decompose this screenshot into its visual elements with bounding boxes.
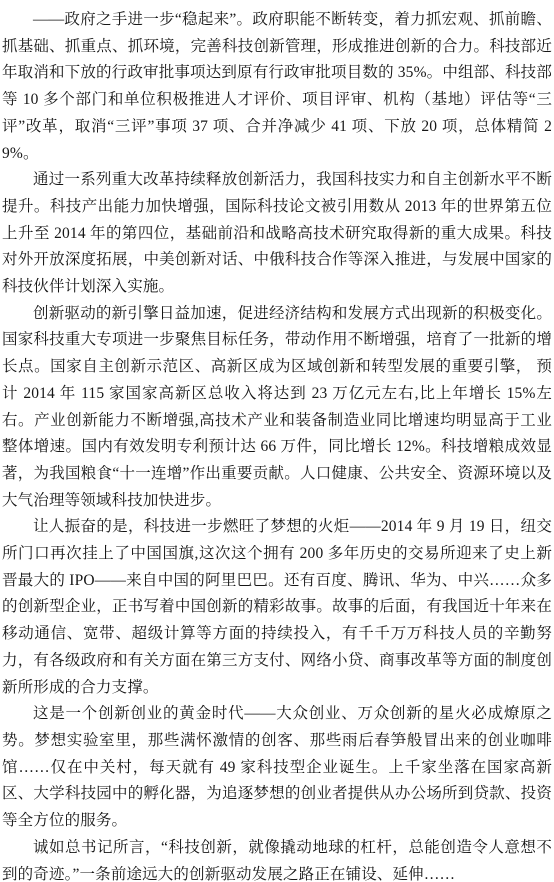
document-page: ——政府之手进一步“稳起来”。政府职能不断转变，着力抓宏观、抓前瞻、抓基础、抓重…	[0, 0, 554, 882]
paragraph-closing-quote: 诚如总书记所言，“科技创新，就像撬动地球的杠杆，总能创造令人意想不到的奇迹。”一…	[2, 835, 552, 882]
document-body: ——政府之手进一步“稳起来”。政府职能不断转变，着力抓宏观、抓前瞻、抓基础、抓重…	[2, 7, 552, 882]
paragraph-innovation-capability: 通过一系列重大改革持续释放创新活力，我国科技实力和自主创新水平不断提升。科技产出…	[2, 167, 552, 301]
paragraph-dream-torch: 让人振奋的是，科技进一步燃旺了梦想的火炬——2014 年 9 月 19 日，纽交…	[2, 514, 552, 701]
paragraph-golden-era: 这是一个创新创业的黄金时代——大众创业、万众创新的星火必成燎原之势。梦想实验室里…	[2, 701, 552, 835]
paragraph-innovation-engine: 创新驱动的新引擎日益加速，促进经济结构和发展方式出现新的积极变化。国家科技重大专…	[2, 301, 552, 515]
paragraph-government-reform: ——政府之手进一步“稳起来”。政府职能不断转变，着力抓宏观、抓前瞻、抓基础、抓重…	[2, 7, 552, 167]
